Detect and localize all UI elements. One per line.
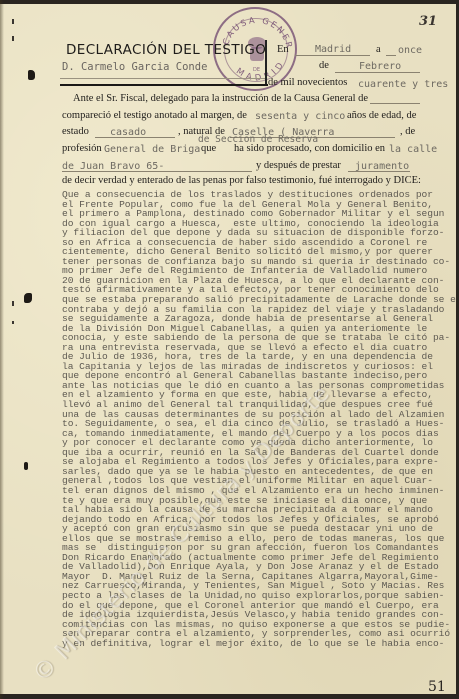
month-line <box>335 72 420 73</box>
year-value: cuarente y tres <box>358 79 448 90</box>
day-line <box>386 55 396 56</box>
header-rule <box>60 84 268 86</box>
margin-tick <box>12 36 14 41</box>
juramento-line <box>348 171 410 172</box>
punch-hole-bottom <box>24 462 28 470</box>
en-label: En <box>277 44 289 55</box>
name-underline <box>60 78 265 79</box>
profesion-label: profesión <box>62 143 102 154</box>
estado-label: estado <box>62 126 89 137</box>
margin-tick <box>12 301 14 306</box>
year-prefix-label: de mil novecientos <box>268 77 347 88</box>
de-label: de <box>319 60 329 71</box>
domicilio-line <box>62 171 252 172</box>
month-value: Febrero <box>359 61 401 72</box>
declaration-body: Que a consecuencia de los traslados y de… <box>62 190 452 648</box>
form-final-line: de decir verdad y enterado de las penas … <box>62 175 421 186</box>
form-line-2a: compareció el testigo anotado al margen,… <box>62 110 247 121</box>
place-line <box>295 55 370 56</box>
que-label: que <box>201 143 216 154</box>
svg-text:DE: DE <box>253 67 260 73</box>
page-edge-shadow <box>0 0 4 699</box>
punch-hole-top <box>28 70 35 80</box>
witness-name: D. Carmelo Garcia Conde <box>62 61 207 73</box>
domicilio-a: la calle <box>389 144 437 155</box>
profesion-value: General de Brigada <box>104 144 200 155</box>
age-value: sesenta y cinco <box>255 111 345 122</box>
natural-end: , de <box>400 126 415 137</box>
form-line-2b: años de edad, de <box>347 110 416 121</box>
page-number: 51 <box>428 679 446 694</box>
punch-hole-middle <box>24 293 32 303</box>
margin-tick <box>12 19 14 24</box>
day-value: once <box>398 45 422 56</box>
form-line-1: Ante el Sr. Fiscal, delegado para la ins… <box>73 93 368 104</box>
document-page: 31 CAUSA GENERAL MADRID DE DECLARACIÓN D… <box>0 4 456 694</box>
place-value: Madrid <box>315 44 351 55</box>
document-title: DECLARACIÓN DEL TESTIGO <box>66 42 266 58</box>
estado-line <box>95 137 175 138</box>
folio-number: 31 <box>419 14 437 29</box>
procesado-label: ha sido procesado, con domicilio en <box>234 143 385 154</box>
despues-label: y después de prestar <box>256 160 341 171</box>
margin-tick <box>12 321 14 324</box>
a-label: a <box>376 44 381 55</box>
body-line: y en definitiva, lograr el mejor éxito, … <box>62 639 452 649</box>
causa-line <box>370 103 420 104</box>
title-divider <box>265 40 267 84</box>
